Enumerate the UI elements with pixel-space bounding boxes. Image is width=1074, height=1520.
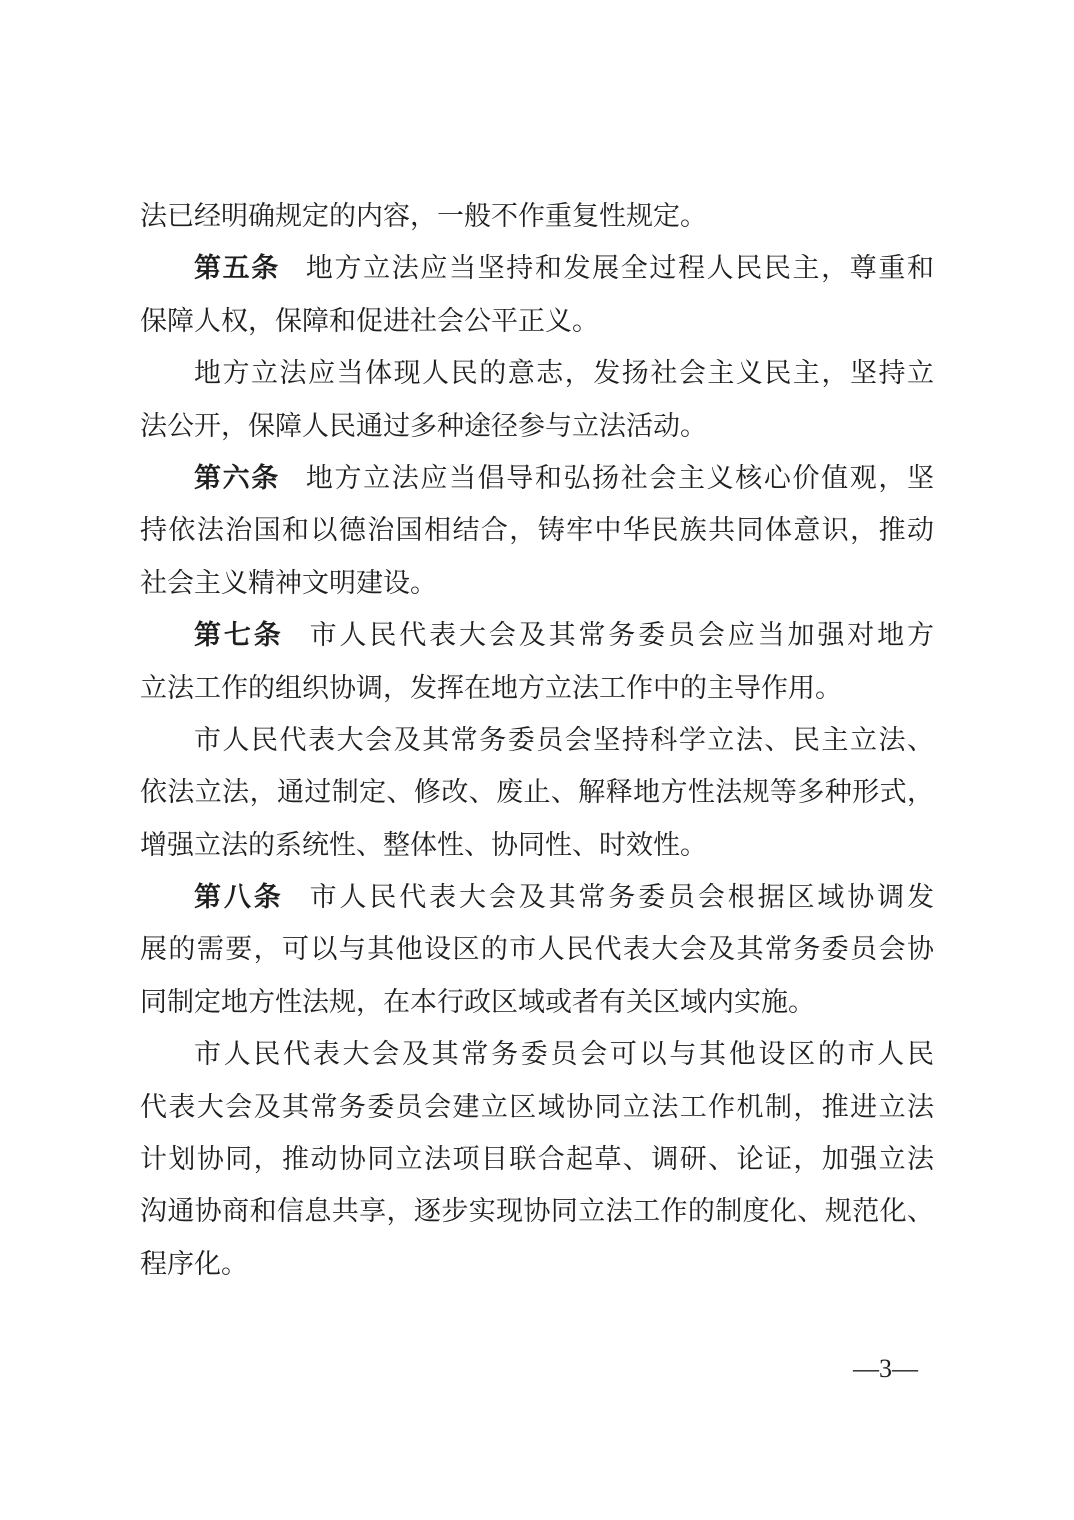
line-text: 沟通协商和信息共享，逐步实现协同立法工作的制度化、规范化、	[140, 1196, 934, 1226]
article-number-label: 第五条	[194, 253, 280, 283]
article-number-label: 第六条	[194, 463, 280, 493]
line-text: 持依法治国和以德治国相结合，铸牢中华民族共同体意识，推动	[140, 515, 934, 545]
text-line: 地方立法应当体现人民的意志，发扬社会主义民主，坚持立	[140, 347, 934, 399]
text-line: 保障人权，保障和促进社会公平正义。	[140, 295, 934, 347]
line-text: 市人民代表大会及其常务委员会应当加强对地方	[310, 620, 934, 650]
text-line: 第七条市人民代表大会及其常务委员会应当加强对地方	[140, 609, 934, 661]
line-text: 保障人权，保障和促进社会公平正义。	[140, 306, 599, 336]
document-page: 法已经明确规定的内容，一般不作重复性规定。 第五条地方立法应当坚持和发展全过程人…	[0, 0, 1074, 1520]
document-body: 法已经明确规定的内容，一般不作重复性规定。 第五条地方立法应当坚持和发展全过程人…	[140, 190, 934, 1290]
line-text: 依法立法，通过制定、修改、废止、解释地方性法规等多种形式，	[140, 777, 934, 807]
line-text: 增强立法的系统性、整体性、协同性、时效性。	[140, 830, 707, 860]
page-number: —3—	[853, 1343, 918, 1395]
line-text: 法公开，保障人民通过多种途径参与立法活动。	[140, 411, 707, 441]
text-line: 社会主义精神文明建设。	[140, 557, 934, 609]
line-text: 计划协同，推动协同立法项目联合起草、调研、论证，加强立法	[140, 1144, 934, 1174]
text-line: 市人民代表大会及其常务委员会坚持科学立法、民主立法、	[140, 714, 934, 766]
text-line: 立法工作的组织协调，发挥在地方立法工作中的主导作用。	[140, 662, 934, 714]
text-line: 第八条市人民代表大会及其常务委员会根据区域协调发	[140, 871, 934, 923]
line-text: 地方立法应当倡导和弘扬社会主义核心价值观，坚	[306, 463, 934, 493]
article-number-label: 第七条	[194, 620, 284, 650]
text-line: 增强立法的系统性、整体性、协同性、时效性。	[140, 819, 934, 871]
line-text: 地方立法应当坚持和发展全过程人民民主，尊重和	[306, 253, 934, 283]
line-text: 法已经明确规定的内容，一般不作重复性规定。	[140, 201, 707, 231]
line-text: 同制定地方性法规，在本行政区域或者有关区域内实施。	[140, 987, 815, 1017]
line-text: 展的需要，可以与其他设区的市人民代表大会及其常务委员会协	[140, 934, 934, 964]
text-line: 程序化。	[140, 1238, 934, 1290]
line-text: 市人民代表大会及其常务委员会根据区域协调发	[310, 882, 934, 912]
text-line: 第五条地方立法应当坚持和发展全过程人民民主，尊重和	[140, 242, 934, 294]
text-line: 持依法治国和以德治国相结合，铸牢中华民族共同体意识，推动	[140, 504, 934, 556]
text-line: 法公开，保障人民通过多种途径参与立法活动。	[140, 400, 934, 452]
line-text: 程序化。	[140, 1249, 248, 1279]
text-line: 展的需要，可以与其他设区的市人民代表大会及其常务委员会协	[140, 923, 934, 975]
text-line: 依法立法，通过制定、修改、废止、解释地方性法规等多种形式，	[140, 766, 934, 818]
line-text: 市人民代表大会及其常务委员会可以与其他设区的市人民	[194, 1039, 934, 1069]
line-text: 立法工作的组织协调，发挥在地方立法工作中的主导作用。	[140, 673, 842, 703]
text-line: 法已经明确规定的内容，一般不作重复性规定。	[140, 190, 934, 242]
text-line: 代表大会及其常务委员会建立区域协同立法工作机制，推进立法	[140, 1081, 934, 1133]
line-text: 代表大会及其常务委员会建立区域协同立法工作机制，推进立法	[140, 1092, 934, 1122]
line-text: 地方立法应当体现人民的意志，发扬社会主义民主，坚持立	[194, 358, 934, 388]
text-line: 计划协同，推动协同立法项目联合起草、调研、论证，加强立法	[140, 1133, 934, 1185]
text-line: 沟通协商和信息共享，逐步实现协同立法工作的制度化、规范化、	[140, 1185, 934, 1237]
line-text: 社会主义精神文明建设。	[140, 568, 437, 598]
text-line: 同制定地方性法规，在本行政区域或者有关区域内实施。	[140, 976, 934, 1028]
line-text: 市人民代表大会及其常务委员会坚持科学立法、民主立法、	[194, 725, 934, 755]
text-line: 市人民代表大会及其常务委员会可以与其他设区的市人民	[140, 1028, 934, 1080]
article-number-label: 第八条	[194, 882, 284, 912]
text-line: 第六条地方立法应当倡导和弘扬社会主义核心价值观，坚	[140, 452, 934, 504]
